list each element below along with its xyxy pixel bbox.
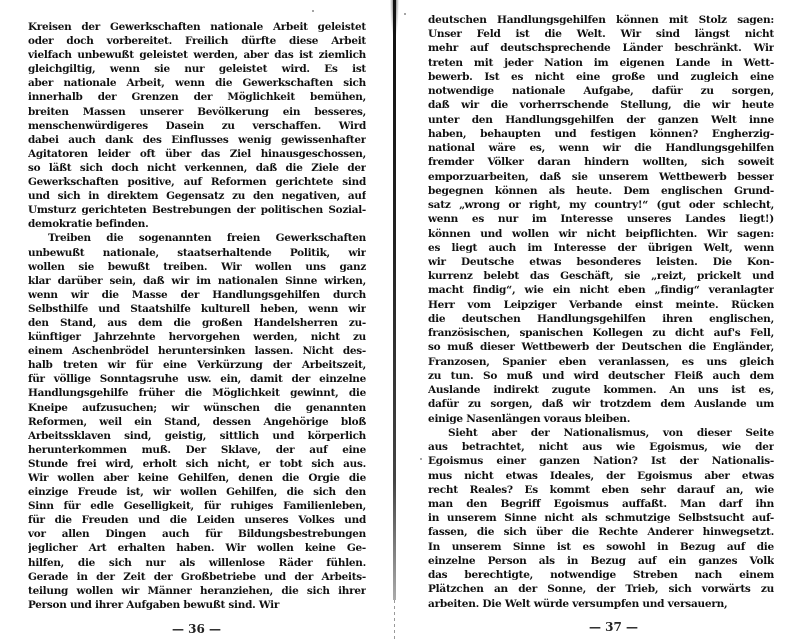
text-line: zu tun. So muß und wird deutscher Fleiß … bbox=[428, 369, 774, 383]
text-line: Selbsthilfe und Staatshilfe kulturell he… bbox=[28, 302, 366, 316]
text-line: klar darüber sein, daß wir im nationalen… bbox=[28, 274, 366, 288]
text-line: menschenwürdigeres Dasein zu verschaffen… bbox=[28, 119, 366, 133]
text-line: Handlungsgehilfe früher die Möglichkeit … bbox=[28, 386, 366, 400]
text-line: demokratie befinden. bbox=[28, 217, 366, 231]
text-line: fremder Völker daran hindern wollten, si… bbox=[428, 155, 774, 169]
text-line: gleichgiltig, wenn sie nur geleistet wir… bbox=[28, 62, 366, 76]
text-line: dabei auch dank des Einflusses wenig gew… bbox=[28, 133, 366, 147]
text-line: daß wir die vorherrschende Stellung, die… bbox=[428, 98, 774, 112]
text-line: für die Freuden und die Leiden unseres V… bbox=[28, 513, 366, 527]
text-line: arbeiten. Die Welt würde versumpfen und … bbox=[428, 597, 774, 611]
book-gutter bbox=[393, 0, 396, 600]
text-line: es liegt auch im Interesse der übrigen W… bbox=[428, 241, 774, 255]
text-line: Wir wollen aber keine Gehilfen, denen di… bbox=[28, 471, 366, 485]
text-line: vielfach unbewußt geleistet werden, aber… bbox=[28, 48, 366, 62]
scan-speck bbox=[420, 458, 422, 460]
text-line: die deutschen Handlungsgehilfen ihren en… bbox=[428, 312, 774, 326]
text-line: Arbeitssklaven sind, geistig, sittlich u… bbox=[28, 429, 366, 443]
left-page-number: — 36 — bbox=[172, 622, 221, 636]
text-line: deutschen Handlungsgehilfen können mit S… bbox=[428, 13, 774, 27]
text-line: einem Aschenbrödel heruntersinken lassen… bbox=[28, 344, 366, 358]
text-line: herunterkommen muß. Der Sklave, der auf … bbox=[28, 443, 366, 457]
text-line: können und wollen wir nicht beipflichten… bbox=[428, 227, 774, 241]
text-line: Egoismus einer ganzen Nation? Ist der Na… bbox=[428, 454, 774, 468]
text-line: Gewerkschaften positive, auf Reformen ge… bbox=[28, 175, 366, 189]
text-line: Sinn für edle Geselligkeit, für ruhiges … bbox=[28, 499, 366, 513]
text-line: bewerb. Ist es nicht eine große und zugl… bbox=[428, 70, 774, 84]
text-line: macht findig“, wie ein nicht eben „findi… bbox=[428, 283, 774, 297]
text-line: wir Deutsche etwas besonderes leisten. D… bbox=[428, 255, 774, 269]
left-page: Kreisen der Gewerkschaften nationale Arb… bbox=[0, 0, 396, 642]
text-line: so muß dieser Wettbewerb der Deutschen d… bbox=[428, 340, 774, 354]
text-line: unbewußt nationale, staatserhaltende Pol… bbox=[28, 246, 366, 260]
text-line: mehr auf deutschsprechende Länder beschr… bbox=[428, 41, 774, 55]
text-line: für völlige Sonntagsruhe usw. ein, damit… bbox=[28, 372, 366, 386]
text-line: satz „wrong or right, my country!“ (gut … bbox=[428, 198, 774, 212]
text-line: hilfen, die sich nur als willenlose Räde… bbox=[28, 556, 366, 570]
text-line: Reformen, weil ein Stand, dessen Angehör… bbox=[28, 415, 366, 429]
text-line: Umsturz gerichteten Bestrebungen der pol… bbox=[28, 203, 366, 217]
gutter-edge bbox=[394, 600, 395, 642]
text-line: national wäre es, wenn wir die Handlungs… bbox=[428, 141, 774, 155]
text-line: notwendige nationale Aufgabe, dafür zu s… bbox=[428, 84, 774, 98]
text-line: künftiger Jahrzehnte hervorgehen werden,… bbox=[28, 330, 366, 344]
text-line: Agitatoren leider oft über das Ziel hina… bbox=[28, 147, 366, 161]
text-line: haben, behaupten und festigen können? En… bbox=[428, 127, 774, 141]
text-line: innerhalb der Grenzen der Möglichkeit be… bbox=[28, 90, 366, 104]
text-line: aber nationale Arbeit, wenn die Gewerksc… bbox=[28, 76, 366, 90]
text-line: Gerade in der Zeit der Großbetriebe und … bbox=[28, 570, 366, 584]
text-line: breiten Massen unserer Bevölkerung ein b… bbox=[28, 105, 366, 119]
text-line: wenn wir die Masse der Handlungsgehilfen… bbox=[28, 288, 366, 302]
text-line: französischen, spanischen Kollegen zu di… bbox=[428, 326, 774, 340]
text-line: treten mit jeder Nation im eigenen Lande… bbox=[428, 56, 774, 70]
text-line: wollen sie bewußt treiben. Wir wollen un… bbox=[28, 260, 366, 274]
text-line: Plätzchen an der Sonne, der Trieb, sich … bbox=[428, 582, 774, 596]
text-line: teilung wollen wir Männer heranziehen, d… bbox=[28, 584, 366, 598]
text-line: Sieht aber der Nationalismus, von dieser… bbox=[428, 426, 774, 440]
right-page-text: deutschen Handlungsgehilfen können mit S… bbox=[428, 13, 774, 611]
scan-speck bbox=[312, 10, 314, 12]
text-line: emporzuarbeiten, daß sie unserem Wettbew… bbox=[428, 170, 774, 184]
text-line: recht Reales? Es kommt eben sehr darauf … bbox=[428, 483, 774, 497]
text-line: halb treten wir für eine Verkürzung der … bbox=[28, 358, 366, 372]
text-line: vor allen Dingen auch für Bildungsbestre… bbox=[28, 527, 366, 541]
text-line: einige Nasenlängen voraus bleiben. bbox=[428, 412, 774, 426]
text-line: mus nicht etwas Ideales, der Egoismus ab… bbox=[428, 469, 774, 483]
text-line: Stunde frei wird, erholt sich nicht, er … bbox=[28, 457, 366, 471]
text-line: fassen, die sich über die Rechte Anderer… bbox=[428, 525, 774, 539]
book-spread: Kreisen der Gewerkschaften nationale Arb… bbox=[0, 0, 800, 642]
left-page-text: Kreisen der Gewerkschaften nationale Arb… bbox=[28, 20, 366, 612]
text-line: oder doch vorbereitet. Freilich dürfte d… bbox=[28, 34, 366, 48]
text-line: den Stand, aus dem die großen Handelsher… bbox=[28, 316, 366, 330]
text-line: und sich in direktem Gegensatz zu den ne… bbox=[28, 189, 366, 203]
text-line: kurrenz belebt das Geschäft, sie „reizt,… bbox=[428, 269, 774, 283]
text-line: Unser Feld ist die Welt. Wir sind längst… bbox=[428, 27, 774, 41]
text-line: Franzosen, Spanier eben veranlassen, es … bbox=[428, 355, 774, 369]
text-line: unter den Handlungsgehilfen der ganzen W… bbox=[428, 113, 774, 127]
text-line: Auslande indirekt zugute kommen. An uns … bbox=[428, 383, 774, 397]
text-line: Person und ihrer Aufgaben bewußt sind. W… bbox=[28, 598, 366, 612]
text-line: Kreisen der Gewerkschaften nationale Arb… bbox=[28, 20, 366, 34]
text-line: Kneipe aufzusuchen; wir wünschen die gen… bbox=[28, 401, 366, 415]
scan-speck bbox=[404, 13, 406, 15]
text-line: man den Begriff Egoismus auffaßt. Man da… bbox=[428, 497, 774, 511]
right-page-number: — 37 — bbox=[589, 620, 638, 634]
text-line: dafür zu sorgen, daß wir trotzdem dem Au… bbox=[428, 397, 774, 411]
text-line: einzelne Person als in Bezug auf ein gan… bbox=[428, 554, 774, 568]
text-line: Treiben die sogenannten freien Gewerksch… bbox=[28, 231, 366, 245]
text-line: begegnen können als heute. Dem englische… bbox=[428, 184, 774, 198]
text-line: In unserem Sinne ist es sowohl in Bezug … bbox=[428, 540, 774, 554]
text-line: wenn es nur im Interesse unseres Landes … bbox=[428, 212, 774, 226]
text-line: einzige Freude ist, wir wollen Gehilfen,… bbox=[28, 485, 366, 499]
right-page: deutschen Handlungsgehilfen können mit S… bbox=[404, 0, 800, 642]
text-line: in unserem Sinne nicht als schmutzige Se… bbox=[428, 511, 774, 525]
text-line: Herr vom Leipziger Verbande einst meinte… bbox=[428, 298, 774, 312]
text-line: aus betrachtet, nicht aus wie Egoismus, … bbox=[428, 440, 774, 454]
text-line: das berechtigte, notwendige Streben nach… bbox=[428, 568, 774, 582]
text-line: jeglicher Art erhalten haben. Wir wollen… bbox=[28, 541, 366, 555]
text-line: so läßt sich doch nicht verkennen, daß d… bbox=[28, 161, 366, 175]
